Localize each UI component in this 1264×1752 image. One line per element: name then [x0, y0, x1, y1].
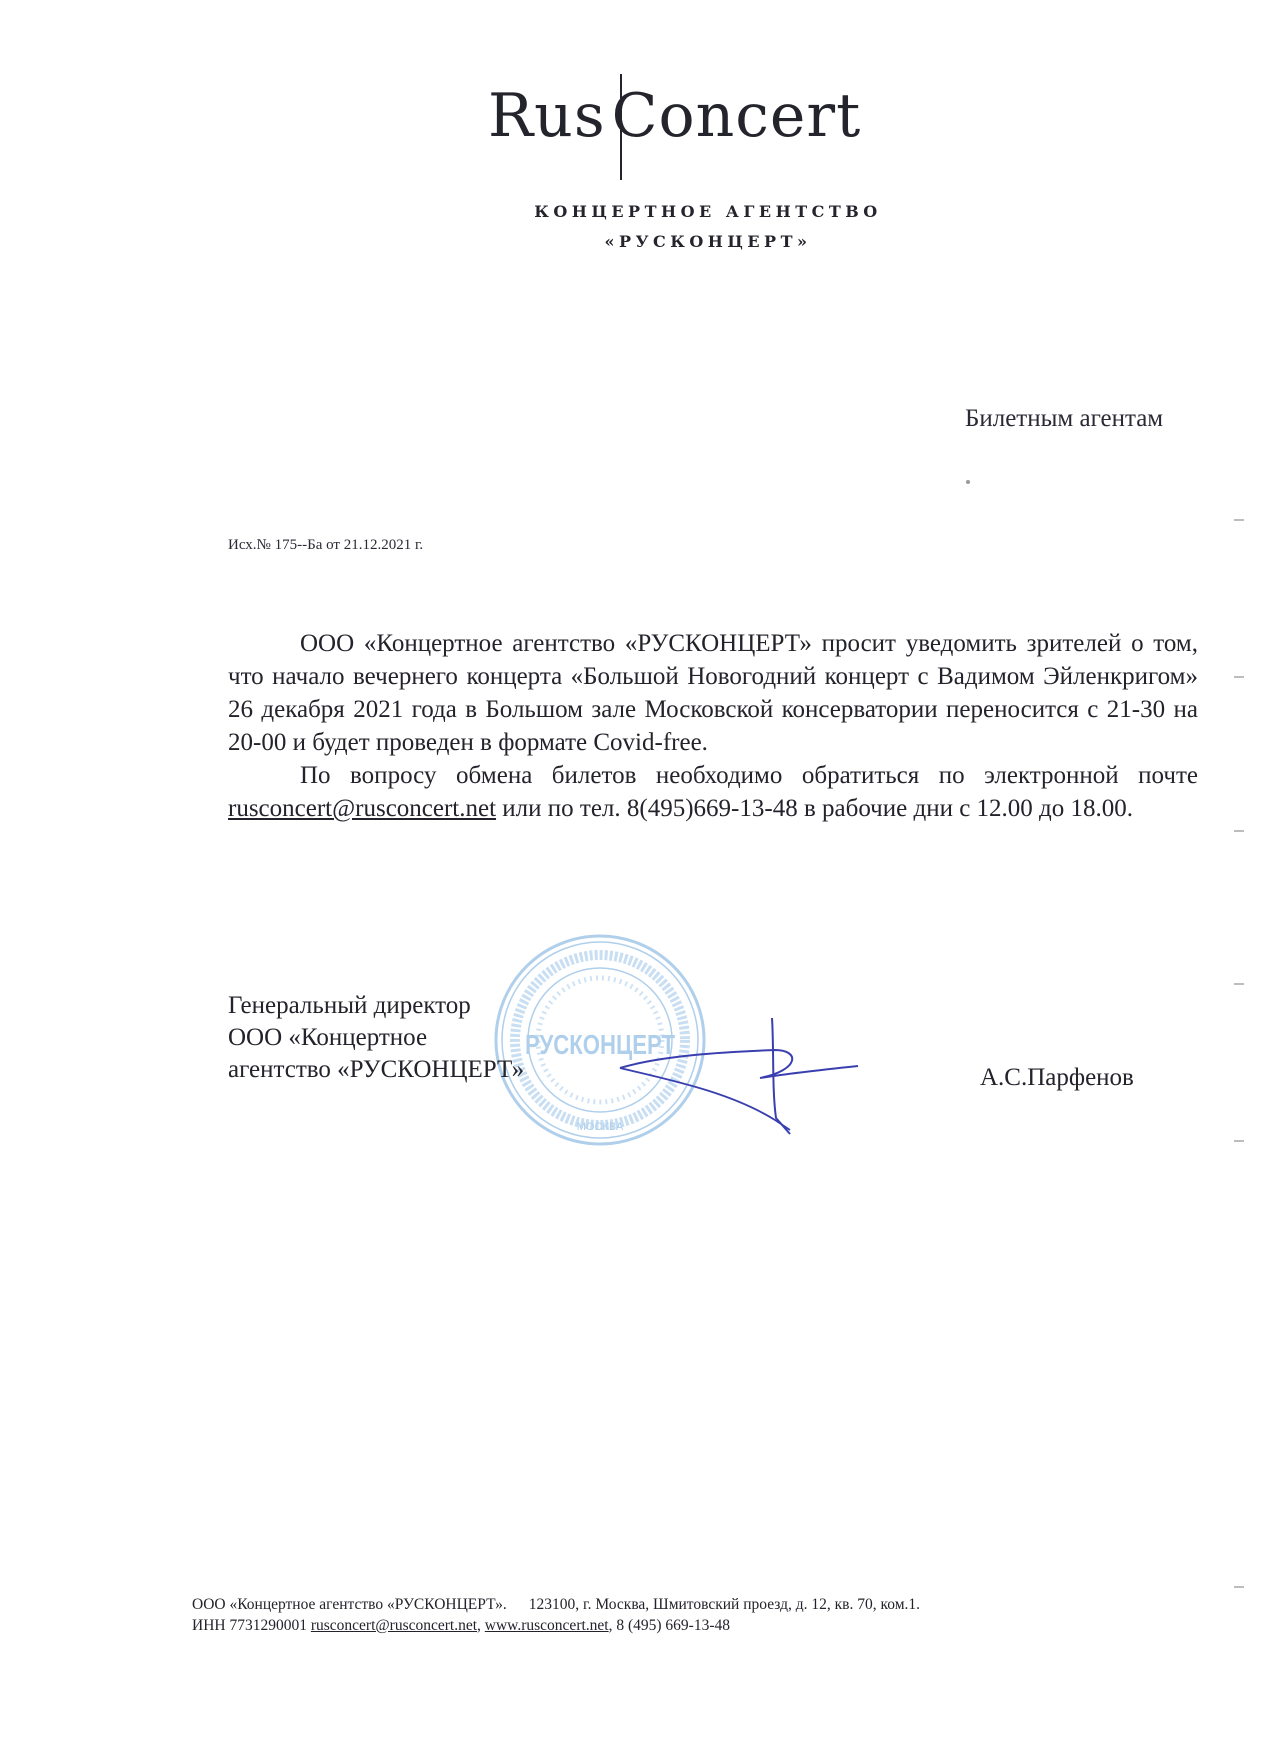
footer-company: ООО «Концертное агентство «РУСКОНЦЕРТ». [192, 1596, 507, 1613]
letter-body: ООО «Концертное агентство «РУСКОНЦЕРТ» п… [228, 627, 1198, 825]
signer-org-line-1: ООО «Концертное [228, 1022, 524, 1054]
footer-line-1: ООО «Концертное агентство «РУСКОНЦЕРТ».1… [192, 1594, 920, 1615]
footer-line-2: ИНН 7731290001 rusconcert@rusconcert.net… [192, 1615, 920, 1636]
logo-subtitle-agency: КОНЦЕРТНОЕ АГЕНТСТВО [448, 202, 968, 221]
scan-edge-mark [1234, 830, 1244, 832]
footer-website-link[interactable]: www.rusconcert.net [485, 1617, 609, 1634]
outgoing-reference: Исх.№ 175--Ба от 21.12.2021 г. [228, 537, 423, 554]
logo-subtitle-name: «РУСКОНЦЕРТ» [448, 232, 968, 251]
recipient: Билетным агентам [965, 405, 1163, 433]
handwritten-signature-icon [600, 1010, 860, 1150]
body-paragraph-2-end: или по тел. 8(495)669-13-48 в рабочие дн… [496, 795, 1133, 822]
footer-phone: 8 (495) 669-13-48 [616, 1617, 730, 1634]
contact-email-link[interactable]: rusconcert@rusconcert.net [228, 795, 496, 822]
scan-edge-mark [1234, 519, 1244, 521]
logo-divider-line [620, 74, 622, 180]
body-paragraph-1: ООО «Концертное агентство «РУСКОНЦЕРТ» п… [228, 627, 1198, 759]
scan-speck [966, 480, 970, 484]
letterhead-footer: ООО «Концертное агентство «РУСКОНЦЕРТ».1… [192, 1594, 920, 1636]
footer-address: 123100, г. Москва, Шмитовский проезд, д.… [529, 1596, 920, 1613]
logo-wordmark: RusConcert [488, 86, 861, 146]
signature-block: Генеральный директор ООО «Концертное аге… [228, 990, 524, 1086]
footer-inn: ИНН 7731290001 [192, 1617, 307, 1634]
logo-part-rus: Rus [488, 86, 606, 146]
scan-edge-mark [1234, 1140, 1244, 1142]
body-paragraph-2: По вопросу обмена билетов необходимо обр… [228, 759, 1198, 825]
signer-title: Генеральный директор [228, 990, 524, 1022]
letterhead-logo: RusConcert КОНЦЕРТНОЕ АГЕНТСТВО «РУСКОНЦ… [488, 74, 928, 194]
footer-email-link[interactable]: rusconcert@rusconcert.net [311, 1617, 477, 1634]
body-paragraph-2-start: По вопросу обмена билетов необходимо обр… [300, 762, 1198, 789]
signer-name: А.С.Парфенов [980, 1064, 1134, 1092]
logo-part-concert: Concert [612, 86, 862, 146]
scan-edge-mark [1234, 1586, 1244, 1588]
scan-edge-mark [1234, 983, 1244, 985]
signer-org-line-2: агентство «РУСКОНЦЕРТ» [228, 1054, 524, 1086]
letter-page: RusConcert КОНЦЕРТНОЕ АГЕНТСТВО «РУСКОНЦ… [0, 0, 1264, 1752]
scan-edge-mark [1234, 676, 1244, 678]
